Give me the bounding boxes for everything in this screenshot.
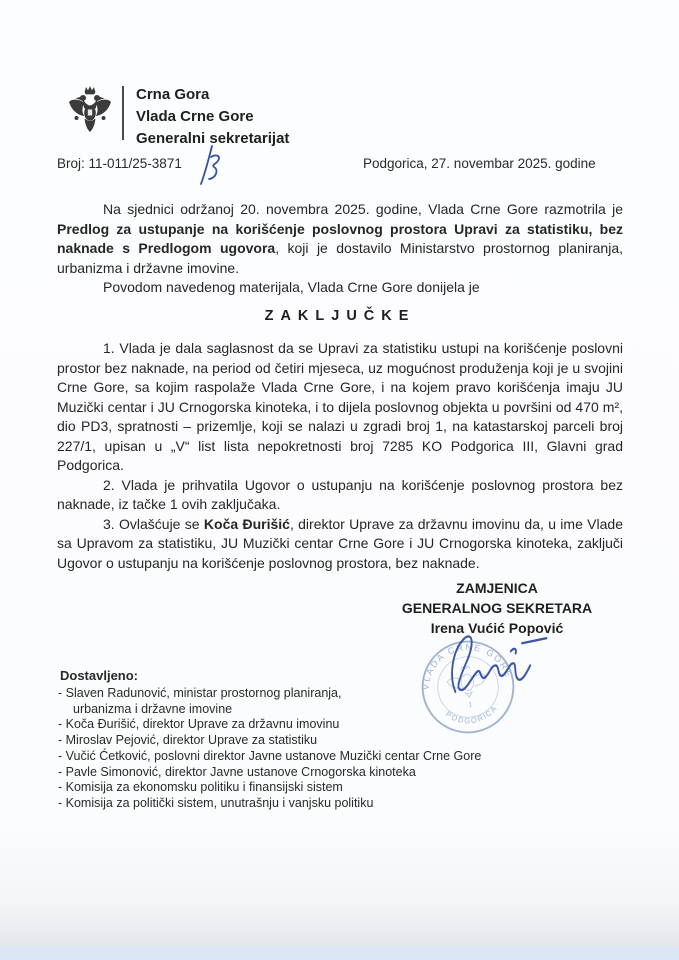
letterhead-country: Crna Gora (136, 84, 289, 106)
conclusion-3-bold: Koča Đurišić (204, 516, 290, 532)
document-page: Crna Gora Vlada Crne Gore Generalni sekr… (0, 0, 679, 960)
distribution-list-item: - Komisija za ekonomsku politiku i finan… (58, 780, 578, 796)
distribution-list: - Slaven Radunović, ministar prostornog … (58, 686, 578, 812)
distribution-list-item: - Slaven Radunović, ministar prostornog … (58, 686, 578, 702)
handwritten-number-icon (197, 145, 223, 185)
distribution-section: Dostavljeno: - Slaven Radunović, minista… (58, 668, 578, 812)
conclusion-item-1: 1. Vlada je dala saglasnost da se Upravi… (57, 339, 623, 476)
intro-paragraph: Na sjednici održanoj 20. novembra 2025. … (57, 200, 623, 278)
signature-role-line1: ZAMJENICA (366, 578, 628, 598)
intro-paragraph-pre: Na sjednici održanoj 20. novembra 2025. … (103, 201, 623, 217)
conclusions-heading: ZAKLJUČKE (57, 307, 623, 327)
conclusion-item-2: 2. Vlada je prihvatila Ugovor o ustupanj… (57, 476, 623, 515)
scan-shadow (0, 905, 679, 947)
distribution-list-item: - Miroslav Pejović, direktor Uprave za s… (58, 733, 578, 749)
distribution-list-item: urbanizma i državne imovine (58, 702, 578, 718)
distribution-label: Dostavljeno: (60, 668, 578, 683)
signature-role-line2: GENERALNOG SEKRETARA (366, 598, 628, 618)
conclusion-1-text: 1. Vlada je dala saglasnost da se Upravi… (57, 340, 623, 473)
distribution-list-item: - Vučić Ćetković, poslovni direktor Javn… (58, 749, 578, 765)
conclusion-3-text: 3. Ovlašćuje se (103, 516, 204, 532)
distribution-list-item: - Koča Đurišić, direktor Uprave za držav… (58, 717, 578, 733)
reference-number: Broj: 11-011/25-3871 (57, 156, 182, 171)
document-body: Na sjednici održanoj 20. novembra 2025. … (57, 200, 623, 638)
letterhead: Crna Gora Vlada Crne Gore Generalni sekr… (68, 84, 289, 150)
letterhead-text: Crna Gora Vlada Crne Gore Generalni sekr… (136, 84, 289, 150)
reference-place-date: Podgorica, 27. novembar 2025. godine (363, 156, 596, 171)
intro-paragraph-2: Povodom navedenog materijala, Vlada Crne… (57, 278, 623, 298)
coat-of-arms-icon (68, 84, 112, 140)
distribution-list-item: - Pavle Simonović, direktor Javne ustano… (58, 765, 578, 781)
conclusion-2-text: 2. Vlada je prihvatila Ugovor o ustupanj… (57, 477, 623, 513)
conclusion-item-3: 3. Ovlašćuje se Koča Đurišić, direktor U… (57, 515, 623, 574)
letterhead-divider (122, 86, 124, 140)
distribution-list-item: - Komisija za politički sistem, unutrašn… (58, 796, 578, 812)
scan-artifact-bottom (0, 947, 679, 960)
letterhead-government: Vlada Crne Gore (136, 106, 289, 128)
